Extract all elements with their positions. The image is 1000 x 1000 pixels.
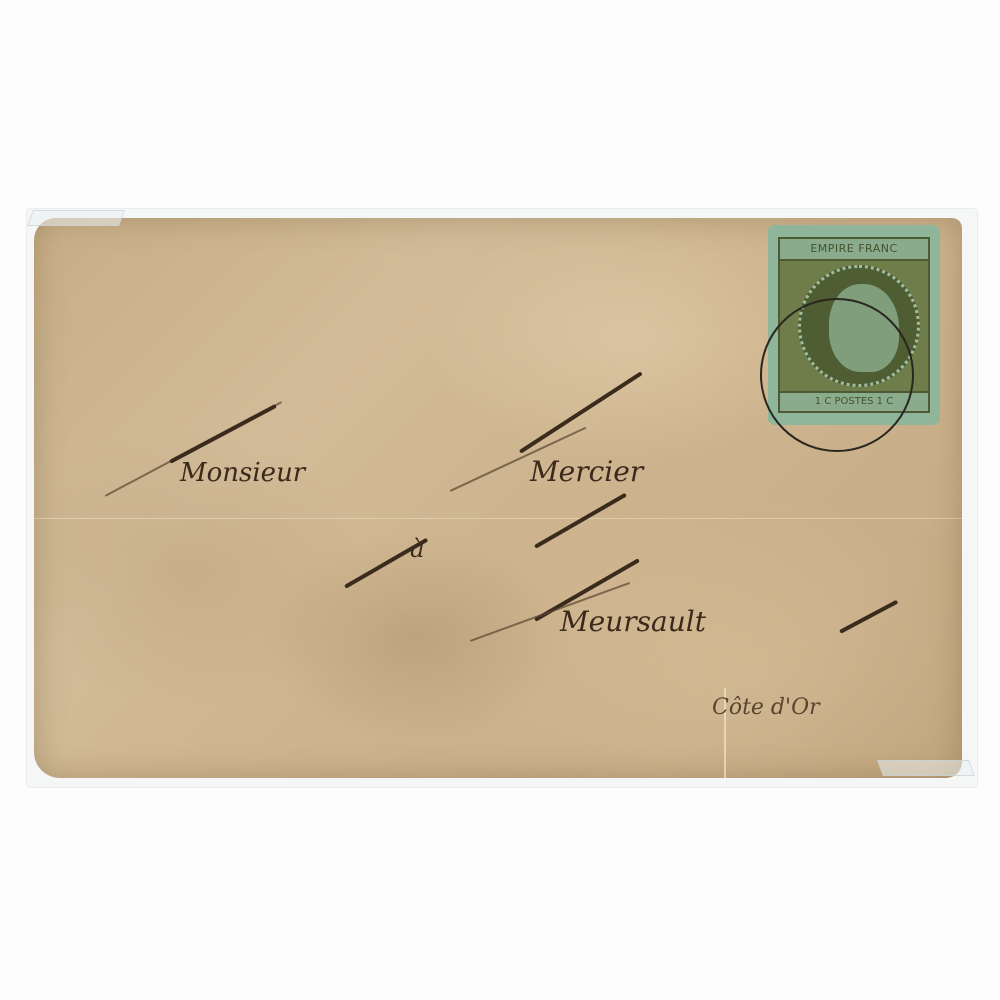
mount-corner-tape xyxy=(877,760,975,776)
address-line-3: à xyxy=(410,535,424,563)
crease xyxy=(34,518,962,519)
address-line-2: Mercier xyxy=(530,455,643,488)
mount-corner-tape xyxy=(27,210,125,226)
address-line-5: Côte d'Or xyxy=(712,695,820,720)
postmark-circle xyxy=(760,298,914,452)
address-line-1: Monsieur xyxy=(180,458,305,488)
address-line-4: Meursault xyxy=(560,605,706,638)
stamp-top-inscription: EMPIRE FRANC xyxy=(780,239,928,261)
